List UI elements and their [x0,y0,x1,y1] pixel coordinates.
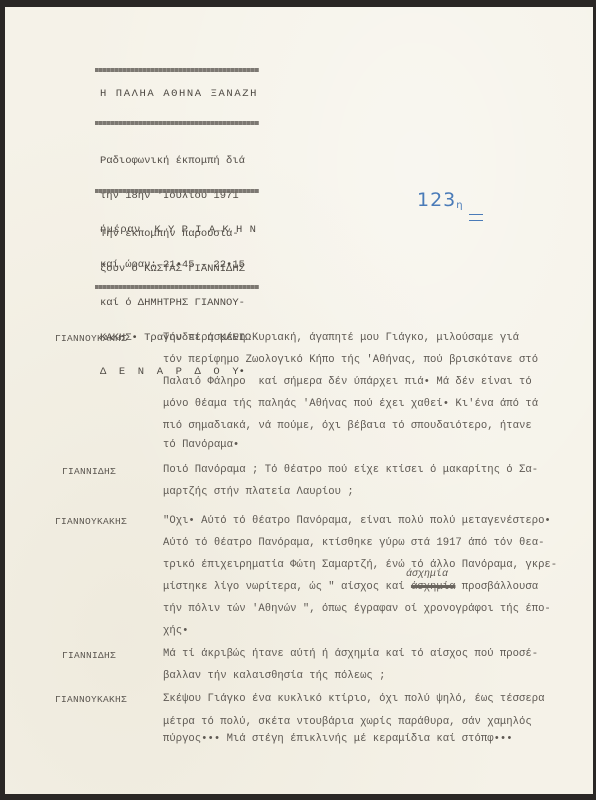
dialogue-line: Σκέψου Γιάγκο ένα κυκλικό κτίριο, όχι πο… [163,693,544,705]
page-number-underline [469,214,483,221]
handwritten-page-number: 123η [417,189,464,211]
dialogue-line: τήν πόλιν τών 'Αθηνών ", όπως έγραφαν οί… [163,603,551,615]
dialogue-line-end: προσβάλλουσα [455,581,538,593]
dialogue-line-start: μίστηκε λίγο νωρίτερα, ώς " αίσχος καί [163,581,411,593]
dialogue-line: Τήν περασμένη Κυριακή, άγαπητέ μου Γιάγκ… [163,332,519,344]
presenters-rule [95,285,259,289]
dialogue-line: τόν περίφημο Ζωολογικό Κήπο τής 'Αθήνας,… [163,354,538,366]
handwritten-insertion: άσχημία [406,569,448,580]
dialogue-line: μόνο θέαμα τής παληάς 'Αθήνας πού έχει χ… [163,398,538,410]
presenters-info-line: Τήν έκπομπήν παρουσιά- [100,229,251,241]
speaker-label: ΓΙΑΝΝΙΔΗΣ [62,650,116,661]
title-rule-top [95,68,259,72]
speaker-label: ΓΙΑΝΝΟΥΚΑΚΗΣ [55,694,127,705]
page-number-suffix: η [456,200,463,211]
speaker-label: ΓΙΑΝΝΟΥΚΑΚΗΣ [55,333,127,344]
presenters-info: Τήν έκπομπήν παρουσιά- ζουν ό ΚΩΣΤΑΣ ΓΙΑ… [100,206,251,402]
dialogue-line: βαλλαν τήν καλαισθησία τής πόλεως ; [163,670,386,682]
struck-word: άσχημία [411,581,456,593]
broadcast-rule [95,189,259,193]
title-rule-bottom [95,121,259,125]
dialogue-line: Μά τί άκριβώς ήτανε αύτή ή άσχημία καί τ… [163,648,538,660]
page-number-digits: 123 [417,189,456,211]
dialogue-line: μαρτζής στήν πλατεία Λαυρίου ; [163,486,354,498]
broadcast-info-line: Ραδιοφωνική έκπομπή διά [100,156,256,168]
dialogue-line: μέτρα τό πολύ, σκέτα ντουβάρια χωρίς παρ… [163,716,532,728]
presenters-info-line: ζουν ό ΚΩΣΤΑΣ ΓΙΑΝΝΙΔΗΣ [100,264,251,276]
dialogue-line: "Οχι• Αύτό τό θέατρο Πανόραμα, είναι πολ… [163,515,551,527]
dialogue-line: Ποιό Πανόραμα ; Τό θέατρο πού είχε κτίσε… [163,464,538,476]
dialogue-line: τό Πανόραμα• [163,439,239,451]
dialogue-line: Αύτό τό θέατρο Πανόραμα, κτίσθηκε γύρω σ… [163,537,544,549]
dialogue-line: μίστηκε λίγο νωρίτερα, ώς " αίσχος καί ά… [163,581,538,593]
dialogue-line: πύργος••• Μιά στέγη έπικλινής μέ κεραμίδ… [163,733,513,745]
document-title: Η ΠΑΛΗΑ ΑΘΗΝΑ ΞΑΝΑΖΗ [100,88,258,100]
dialogue-line: χής• [163,625,188,637]
dialogue-line: τρικό έπιχειρηματία Φώτη Σαμαρτζή, ένώ τ… [163,559,557,571]
dialogue-line: πιό σημαδιακά, νά πούμε, όχι βέβαια τό σ… [163,420,532,432]
speaker-label: ΓΙΑΝΝΟΥΚΑΚΗΣ [55,516,127,527]
presenters-info-line: καί ό ΔΗΜΗΤΡΗΣ ΓΙΑΝΝΟΥ- [100,298,251,310]
typewritten-page: Η ΠΑΛΗΑ ΑΘΗΝΑ ΞΑΝΑΖΗ Ραδιοφωνική έκπομπή… [5,7,593,794]
dialogue-line: Παλαιό Φάληρο καί σήμερα δέν ύπάρχει πιά… [163,376,532,388]
speaker-label: ΓΙΑΝΝΙΔΗΣ [62,466,116,477]
